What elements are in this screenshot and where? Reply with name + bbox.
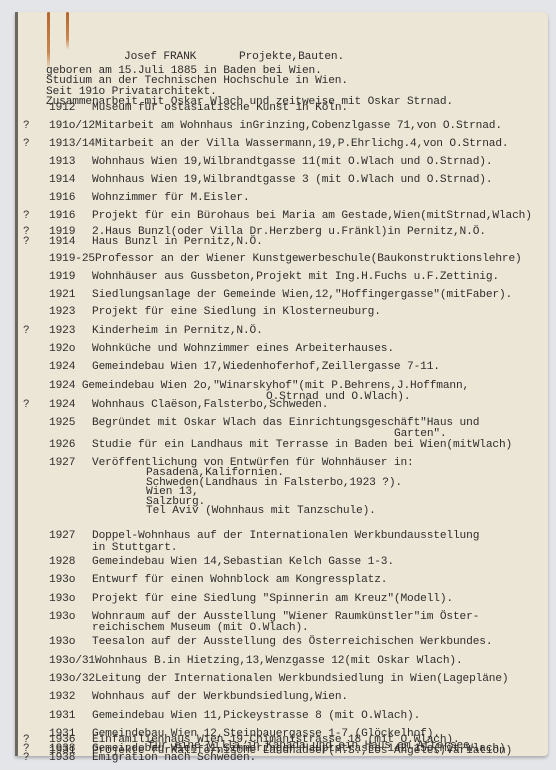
entry-continuation: reichischem Museum (mit O.Wlach). <box>92 623 309 634</box>
uncertainty-mark: ? <box>23 237 29 248</box>
project-entry: 1913/14Mitarbeit an der Villa Wassermann… <box>49 139 508 150</box>
document-author: Josef FRANK <box>124 52 196 63</box>
entry-description: Wohnhaus auf der Werkbundsiedlung,Wien. <box>92 692 348 703</box>
entry-description: Museum für ostasiatische Kunst in Köln. <box>92 103 348 114</box>
entry-description: Wohnhaus Wien 19,Wilbrandtgasse 3 (mit O… <box>92 175 492 186</box>
entry-year: 1925 <box>49 418 75 429</box>
uncertainty-mark: ? <box>23 139 29 150</box>
entry-year: 192o <box>49 344 75 355</box>
entry-year: 1913 <box>49 157 75 168</box>
rust-stain <box>66 12 69 50</box>
entry-description: Gemeindebau Wien 17,Wiedenhoferhof,Zeill… <box>92 362 440 373</box>
entry-description: Doppel-Wohnhaus auf der Internationalen … <box>92 531 479 542</box>
uncertainty-mark: ? <box>23 400 29 411</box>
entry-year: 1926 <box>49 440 75 451</box>
entry-year: 193o <box>49 612 75 623</box>
entry-year: 1913/14 <box>49 138 95 150</box>
entry-description: Projekt für eine Siedlung in Klosterneub… <box>92 307 381 318</box>
entry-description: Studie für ein Landhaus mit Terrasse in … <box>92 440 512 451</box>
entry-year: 1919 <box>49 272 75 283</box>
entry-description: Teesalon auf der Ausstellung des Österre… <box>92 637 492 648</box>
entry-continuation: in Stuttgart. <box>92 543 177 554</box>
entry-year: 1914 <box>49 175 75 186</box>
entry-year: 1938 <box>49 753 75 764</box>
uncertainty-mark: ? <box>23 753 29 764</box>
rust-stain <box>47 12 50 70</box>
entry-description: Gemeindebau Wien 11,Pickeystrasse 8 (mit… <box>92 711 420 722</box>
entry-description: Emigration nach Schweden. <box>92 753 256 764</box>
entry-description: Haus Bunzl in Pernitz,N.Ö. <box>92 237 263 248</box>
entry-year: 1927 <box>49 458 75 469</box>
document-title: Projekte,Bauten. <box>239 52 344 63</box>
entry-description: Wohnhaus Claëson,Falsterbo,Schweden. <box>92 400 328 411</box>
project-entry: 193o/32Leitung der Internationalen Werkb… <box>49 674 508 685</box>
entry-year: 1927 <box>49 531 75 542</box>
entry-year: 193o <box>49 637 75 648</box>
entry-year: 1928 <box>49 557 75 568</box>
entry-year: 1924 <box>49 362 75 373</box>
entry-description: Leitung der Internationalen Werkbundsied… <box>95 673 509 685</box>
entry-description: Professor an der Wiener Kunstgewerbeschu… <box>95 253 522 265</box>
entry-year: 1923 <box>49 326 75 337</box>
entry-year: 1921 <box>49 290 75 301</box>
entry-description: Mitarbeit am Wohnhaus inGrinzing,Cobenzl… <box>95 120 502 132</box>
entry-year: 193o <box>49 594 75 605</box>
entry-description: Wohnzimmer für M.Eisler. <box>92 193 250 204</box>
entry-year: 193o <box>49 575 75 586</box>
uncertainty-mark: ? <box>23 326 29 337</box>
entry-year: 1923 <box>49 307 75 318</box>
entry-description: Wohnhaus Wien 19,Wilbrandtgasse 11(mit O… <box>92 157 492 168</box>
entry-year: 1919-25 <box>49 253 95 265</box>
uncertainty-mark: ? <box>23 121 29 132</box>
entry-description: Kinderheim in Pernitz,N.Ö. <box>92 326 263 337</box>
entry-description: Entwurf für einen Wohnblock am Kongressp… <box>92 575 387 586</box>
entry-description: Siedlungsanlage der Gemeinde Wien,12,"Ho… <box>92 290 512 301</box>
entry-description: Projekt für ein Bürohaus bei Maria am Ge… <box>92 211 532 222</box>
entry-description: Wohnküche und Wohnzimmer eines Arbeiterh… <box>92 344 394 355</box>
entry-year: 1912 <box>49 103 75 114</box>
entry-year: 1932 <box>49 692 75 703</box>
entry-year: 1914 <box>49 237 75 248</box>
uncertainty-mark: ? <box>23 211 29 222</box>
project-entry: 193o/31Wohnhaus B.in Hietzing,13,Wenzgas… <box>49 656 463 667</box>
publication-location: Tel Aviv (Wohnhaus mit Tanzschule). <box>146 506 376 517</box>
entry-description: Mitarbeit an der Villa Wassermann,19,P.E… <box>95 138 509 150</box>
entry-description: Projekt für eine Siedlung "Spinnerin am … <box>92 594 453 605</box>
entry-year: 1924 <box>49 400 75 411</box>
entry-year: 193o/31 <box>49 655 95 667</box>
entry-year: 1931 <box>49 711 75 722</box>
project-entry: 191o/12Mitarbeit am Wohnhaus inGrinzing,… <box>49 121 502 132</box>
entry-year: 1916 <box>49 211 75 222</box>
entry-year: 191o/12 <box>49 120 95 132</box>
entry-year: 1924 <box>49 380 82 392</box>
project-entry: 1919-25Professor an der Wiener Kunstgewe… <box>49 254 522 265</box>
entry-description: Wohnhäuser aus Gussbeton,Projekt mit Ing… <box>92 272 499 283</box>
entry-year: 193o/32 <box>49 673 95 685</box>
typewritten-document-page: Josef FRANK Projekte,Bauten. geboren am … <box>15 12 548 756</box>
entry-description: Wohnhaus B.in Hietzing,13,Wenzgasse 12(m… <box>95 655 463 667</box>
entry-description: Gemeindebau Wien 14,Sebastian Kelch Gass… <box>92 557 394 568</box>
entry-year: 1916 <box>49 193 75 204</box>
